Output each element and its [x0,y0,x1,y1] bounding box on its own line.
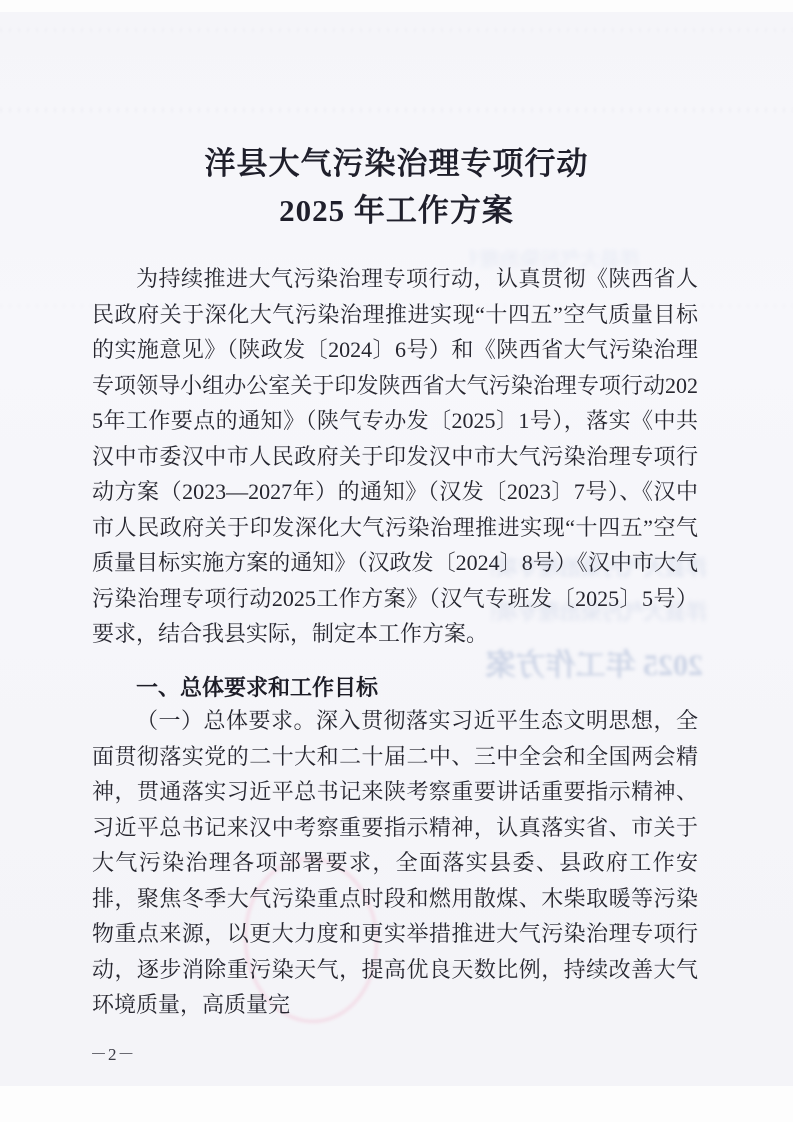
document-title-line-1: 洋县大气污染治理专项行动 [0,140,793,187]
scan-noise-band [0,28,793,32]
paragraph-general-requirements: （一）总体要求。深入贯彻落实习近平生态文明思想，全面贯彻落实党的二十大和二十届二… [92,703,698,1023]
opening-paragraph: 为持续推进大气污染治理专项行动，认真贯彻《陕西省人民政府关于深化大气污染治理推进… [92,261,698,652]
document-title-line-2: 2025 年工作方案 [0,187,793,234]
document-title: 洋县大气污染治理专项行动 2025 年工作方案 [0,140,793,234]
scan-noise-band [0,108,793,112]
section-heading-overall-requirements: 一、总体要求和工作目标 [92,670,698,706]
page-number: －2－ [90,1040,136,1065]
